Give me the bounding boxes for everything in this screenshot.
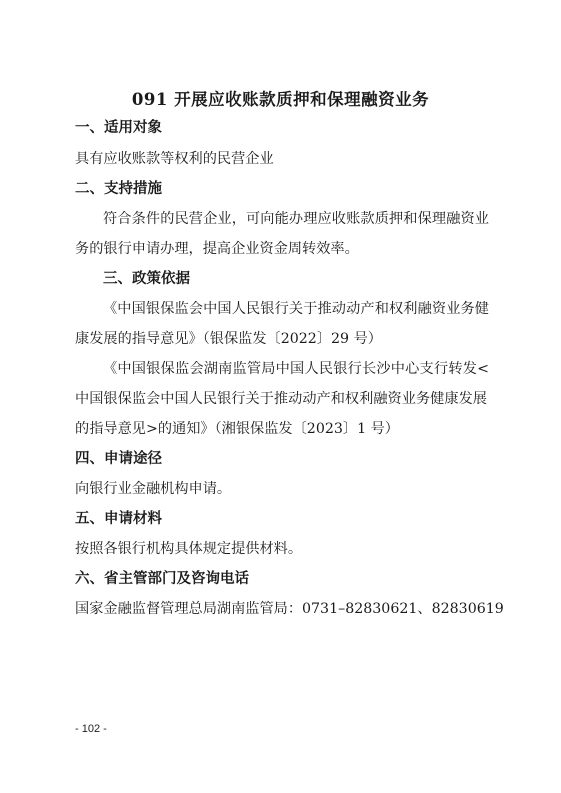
paragraph-line: 向银行业金融机构申请。 bbox=[75, 480, 489, 498]
contact-phone-line: 国家金融监督管理总局湖南监管局：0731–82830621、82830619 bbox=[75, 600, 489, 618]
paragraph-line: 的指导意见>的通知》（湘银保监发〔2023〕1 号） bbox=[75, 420, 489, 438]
section-heading-policy-basis: 三、政策依据 bbox=[103, 270, 517, 288]
paragraph-line: 具有应收账款等权利的民营企业 bbox=[75, 150, 489, 168]
paragraph-line: 《中国银保监会湖南监管局中国人民银行长沙中心支行转发< bbox=[103, 360, 489, 378]
paragraph-line: 务的银行申请办理，提高企业资金周转效率。 bbox=[75, 240, 489, 258]
section-heading-application-channel: 四、申请途径 bbox=[75, 450, 489, 468]
page-number: - 102 - bbox=[75, 723, 107, 735]
section-heading-application-materials: 五、申请材料 bbox=[75, 510, 489, 528]
page-title: 091 开展应收账款质押和保理融资业务 bbox=[0, 86, 561, 110]
section-heading-support-measures: 二、支持措施 bbox=[75, 180, 489, 198]
paragraph-line: 符合条件的民营企业，可向能办理应收账款质押和保理融资业 bbox=[103, 210, 489, 228]
paragraph-line: 中国银保监会中国人民银行关于推动动产和权利融资业务健康发展 bbox=[75, 390, 487, 408]
paragraph-line: 康发展的指导意见》（银保监发〔2022〕29 号） bbox=[75, 330, 489, 348]
section-heading-applicable-targets: 一、适用对象 bbox=[75, 119, 489, 137]
document-page: 091 开展应收账款质押和保理融资业务 一、适用对象 具有应收账款等权利的民营企… bbox=[0, 0, 561, 793]
paragraph-line: 《中国银保监会中国人民银行关于推动动产和权利融资业务健 bbox=[103, 300, 489, 318]
paragraph-line: 按照各银行机构具体规定提供材料。 bbox=[75, 540, 489, 558]
section-heading-contact: 六、省主管部门及咨询电话 bbox=[75, 570, 489, 588]
